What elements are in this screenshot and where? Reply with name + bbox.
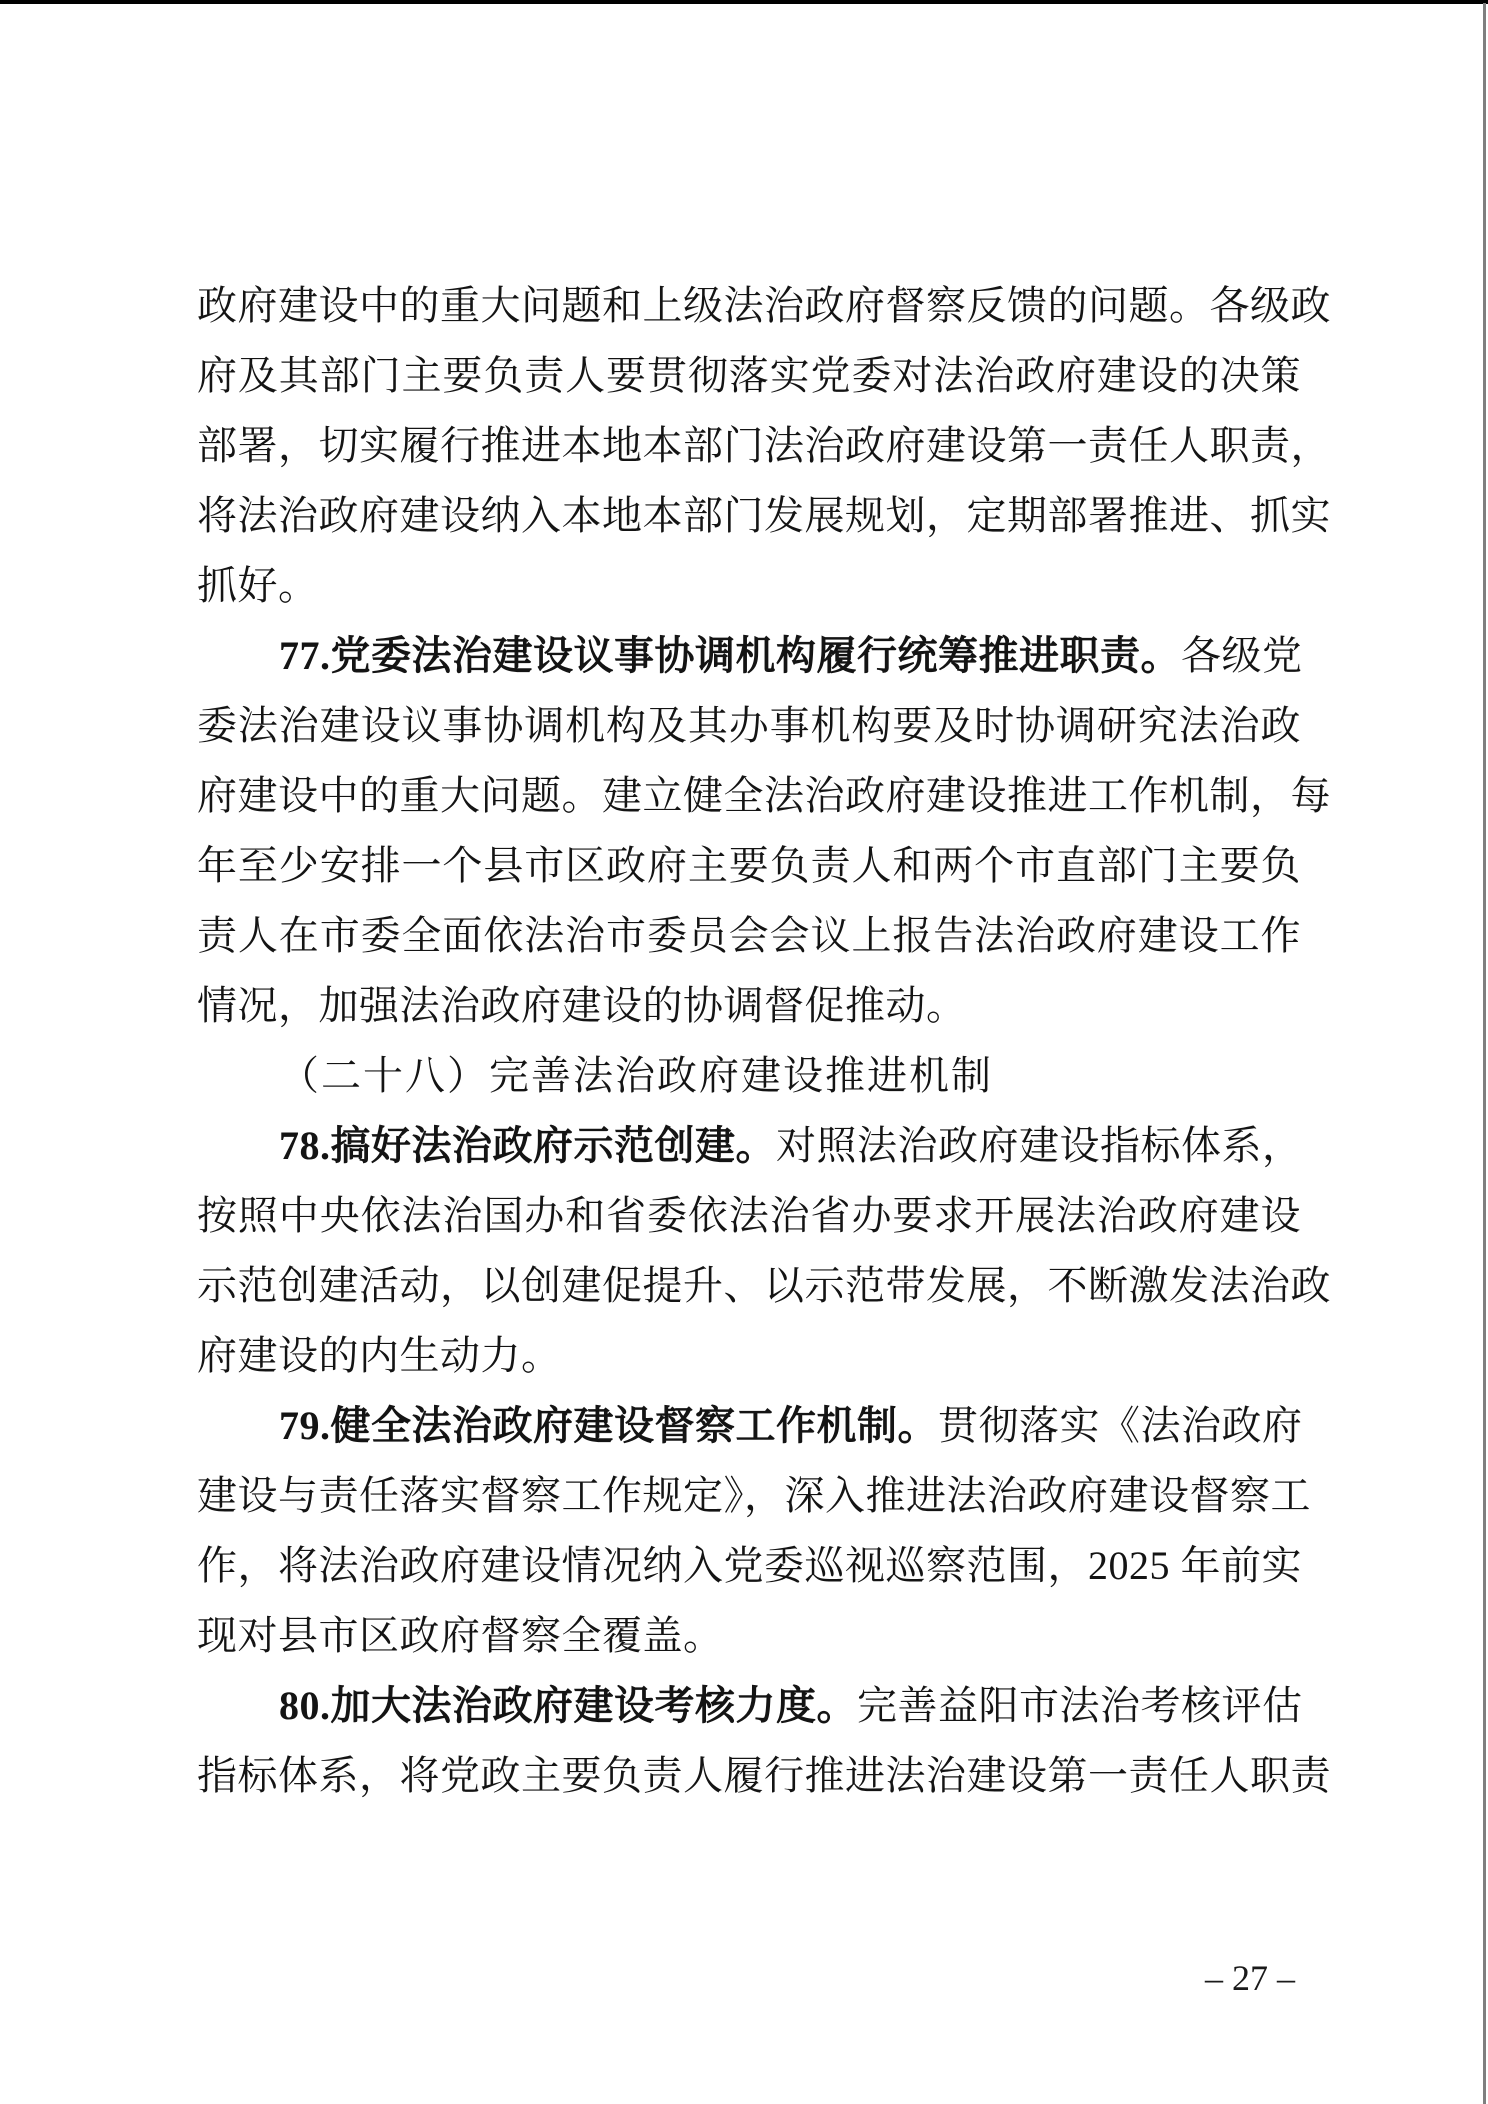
body-line-22: 指标体系，将党政主要负责人履行推进法治建设第一责任人职责 — [197, 1741, 1301, 1811]
body-line-7: 委法治建设议事协调机构及其办事机构要及时协调研究法治政 — [197, 691, 1301, 761]
page-right-border — [1483, 3, 1486, 2104]
section-heading-line: （二十八）完善法治政府建设推进机制 — [197, 1041, 1301, 1111]
item-heading-text: 79.健全法治政府建设督察工作机制。 — [279, 1403, 938, 1448]
body-line-18: 建设与责任落实督察工作规定》，深入推进法治政府建设督察工 — [197, 1461, 1301, 1531]
item-heading-text: 78.搞好法治政府示范创建。 — [279, 1123, 776, 1168]
body-line-2: 府及其部门主要负责人要贯彻落实党委对法治政府建设的决策 — [197, 341, 1301, 411]
body-line-19: 作，将法治政府建设情况纳入党委巡视巡察范围，2025 年前实 — [197, 1531, 1301, 1601]
body-text: 指标体系，将党政主要负责人履行推进法治建设第一责任人职责 — [197, 1753, 1331, 1798]
body-text: 府及其部门主要负责人要贯彻落实党委对法治政府建设的决策 — [197, 353, 1301, 398]
body-text: 府建设中的重大问题。建立健全法治政府建设推进工作机制，每 — [197, 773, 1331, 818]
body-text: （二十八）完善法治政府建设推进机制 — [279, 1053, 993, 1098]
document-page: 政府建设中的重大问题和上级法治政府督察反馈的问题。各级政府及其部门主要负责人要贯… — [0, 0, 1488, 2104]
body-text: 情况，加强法治政府建设的协调督促推动。 — [197, 983, 967, 1028]
body-text: 示范创建活动，以创建促提升、以示范带发展，不断激发法治政 — [197, 1263, 1331, 1308]
body-line-1: 政府建设中的重大问题和上级法治政府督察反馈的问题。各级政 — [197, 271, 1301, 341]
body-text: 作，将法治政府建设情况纳入党委巡视巡察范围，2025 年前实 — [197, 1543, 1302, 1588]
body-text: 部署，切实履行推进本地本部门法治政府建设第一责任人职责， — [197, 423, 1331, 468]
body-line-8: 府建设中的重大问题。建立健全法治政府建设推进工作机制，每 — [197, 761, 1301, 831]
body-text: 现对县市区政府督察全覆盖。 — [197, 1613, 724, 1658]
text-block: 政府建设中的重大问题和上级法治政府督察反馈的问题。各级政府及其部门主要负责人要贯… — [197, 271, 1301, 1811]
page-number: – 27 – — [1205, 1954, 1295, 2002]
body-line-3: 部署，切实履行推进本地本部门法治政府建设第一责任人职责， — [197, 411, 1301, 481]
body-text: 各级党 — [1181, 633, 1303, 678]
body-line-11: 情况，加强法治政府建设的协调督促推动。 — [197, 971, 1301, 1041]
body-text: 对照法治政府建设指标体系， — [776, 1123, 1303, 1168]
body-line-4: 将法治政府建设纳入本地本部门发展规划，定期部署推进、抓实 — [197, 481, 1301, 551]
item-heading-text: 77.党委法治建设议事协调机构履行统筹推进职责。 — [279, 633, 1181, 678]
body-text: 府建设的内生动力。 — [197, 1333, 562, 1378]
body-text: 建设与责任落实督察工作规定》，深入推进法治政府建设督察工 — [197, 1473, 1311, 1518]
body-line-16: 府建设的内生动力。 — [197, 1321, 1301, 1391]
body-line-6: 77.党委法治建设议事协调机构履行统筹推进职责。各级党 — [197, 621, 1301, 691]
body-text: 完善益阳市法治考核评估 — [857, 1683, 1303, 1728]
body-line-15: 示范创建活动，以创建促提升、以示范带发展，不断激发法治政 — [197, 1251, 1301, 1321]
body-text: 年至少安排一个县市区政府主要负责人和两个市直部门主要负 — [197, 843, 1301, 888]
page-top-border — [0, 0, 1488, 4]
body-line-13: 78.搞好法治政府示范创建。对照法治政府建设指标体系， — [197, 1111, 1301, 1181]
body-text: 政府建设中的重大问题和上级法治政府督察反馈的问题。各级政 — [197, 283, 1331, 328]
body-text: 抓好。 — [197, 563, 319, 608]
body-line-17: 79.健全法治政府建设督察工作机制。贯彻落实《法治政府 — [197, 1391, 1301, 1461]
body-text: 按照中央依法治国办和省委依法治省办要求开展法治政府建设 — [197, 1193, 1301, 1238]
body-line-9: 年至少安排一个县市区政府主要负责人和两个市直部门主要负 — [197, 831, 1301, 901]
body-text: 责人在市委全面依法治市委员会会议上报告法治政府建设工作 — [197, 913, 1301, 958]
body-line-14: 按照中央依法治国办和省委依法治省办要求开展法治政府建设 — [197, 1181, 1301, 1251]
body-text: 贯彻落实《法治政府 — [938, 1403, 1303, 1448]
body-line-10: 责人在市委全面依法治市委员会会议上报告法治政府建设工作 — [197, 901, 1301, 971]
body-text: 将法治政府建设纳入本地本部门发展规划，定期部署推进、抓实 — [197, 493, 1331, 538]
item-heading-text: 80.加大法治政府建设考核力度。 — [279, 1683, 857, 1728]
body-text: 委法治建设议事协调机构及其办事机构要及时协调研究法治政 — [197, 703, 1301, 748]
body-line-20: 现对县市区政府督察全覆盖。 — [197, 1601, 1301, 1671]
body-line-21: 80.加大法治政府建设考核力度。完善益阳市法治考核评估 — [197, 1671, 1301, 1741]
body-line-5: 抓好。 — [197, 551, 1301, 621]
